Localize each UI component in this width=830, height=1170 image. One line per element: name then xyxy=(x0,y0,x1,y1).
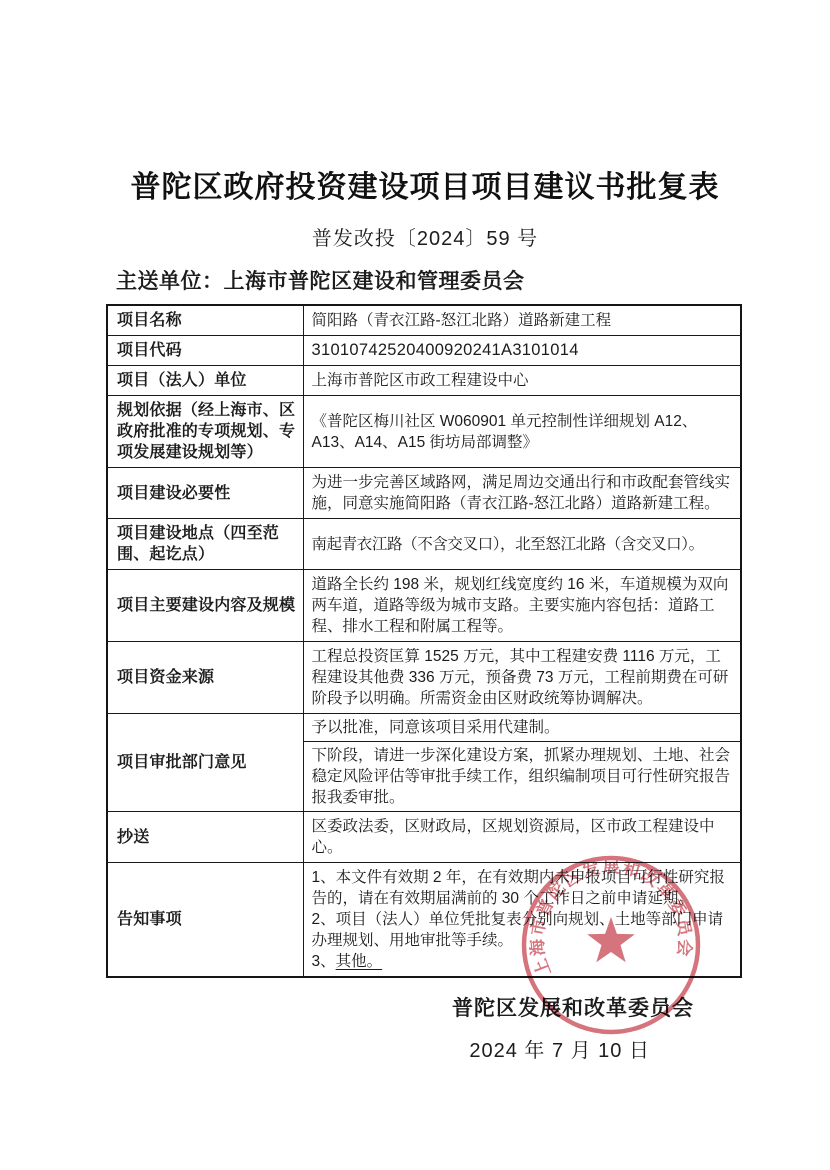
document-title: 普陀区政府投资建设项目项目建议书批复表 xyxy=(106,162,744,206)
row-value: 为进一步完善区域路网，满足周边交通出行和市政配套管线实施，同意实施简阳路（青衣江… xyxy=(303,468,741,519)
table-row-funding: 项目资金来源 工程总投资匡算 1525 万元，其中工程建安费 1116 万元，工… xyxy=(107,642,741,714)
notice-item-2: 2、项目（法人）单位凭批复表分别向规划、土地等部门申请办理规划、用地审批等手续。 xyxy=(312,909,733,951)
notice-item-3: 3、其他。 xyxy=(312,951,733,972)
notice-item-3-underlined: 其他。 xyxy=(336,953,383,970)
row-label: 项目资金来源 xyxy=(107,642,303,714)
recipient-label: 主送单位： xyxy=(116,270,224,293)
document-page: 普陀区政府投资建设项目项目建议书批复表 普发改投〔2024〕59 号 主送单位：… xyxy=(0,0,830,1170)
issue-date: 2024 年 7 月 10 日 xyxy=(106,1034,744,1063)
table-row-project-name: 项目名称 简阳路（青衣江路-怒江北路）道路新建工程 xyxy=(107,305,741,336)
row-label: 抄送 xyxy=(107,812,303,863)
row-label: 项目建设必要性 xyxy=(107,468,303,519)
table-row-planning-basis: 规划依据（经上海市、区政府批准的专项规划、专项发展建设规划等） 《普陀区梅川社区… xyxy=(107,396,741,468)
table-row-legal-unit: 项目（法人）单位 上海市普陀区市政工程建设中心 xyxy=(107,366,741,396)
document-number: 普发改投〔2024〕59 号 xyxy=(106,222,744,251)
opinion-part-1: 予以批准，同意该项目采用代建制。 xyxy=(304,714,741,742)
row-value: 31010742520400920241A3101014 xyxy=(303,336,741,366)
recipient-line: 主送单位：上海市普陀区建设和管理委员会 xyxy=(106,265,744,295)
row-label: 规划依据（经上海市、区政府批准的专项规划、专项发展建设规划等） xyxy=(107,396,303,468)
row-value: 上海市普陀区市政工程建设中心 xyxy=(303,366,741,396)
row-label: 项目审批部门意见 xyxy=(107,714,303,812)
row-label: 项目名称 xyxy=(107,305,303,336)
row-value: 简阳路（青衣江路-怒江北路）道路新建工程 xyxy=(303,305,741,336)
row-value: 南起青衣江路（不含交叉口），北至怒江北路（含交叉口）。 xyxy=(303,519,741,570)
row-label: 项目建设地点（四至范围、起讫点） xyxy=(107,519,303,570)
row-value: 道路全长约 198 米，规划红线宽度约 16 米，车道规模为双向两车道，道路等级… xyxy=(303,570,741,642)
row-label: 项目主要建设内容及规模 xyxy=(107,570,303,642)
row-label: 项目（法人）单位 xyxy=(107,366,303,396)
row-value: 工程总投资匡算 1525 万元，其中工程建安费 1116 万元，工程建设其他费 … xyxy=(303,642,741,714)
row-value: 区委政法委，区财政局，区规划资源局，区市政工程建设中心。 xyxy=(303,812,741,863)
approval-table: 项目名称 简阳路（青衣江路-怒江北路）道路新建工程 项目代码 310107425… xyxy=(106,304,742,978)
table-row-location: 项目建设地点（四至范围、起讫点） 南起青衣江路（不含交叉口），北至怒江北路（含交… xyxy=(107,519,741,570)
row-value: 《普陀区梅川社区 W060901 单元控制性详细规划 A12、A13、A14、A… xyxy=(303,396,741,468)
table-row-necessity: 项目建设必要性 为进一步完善区域路网，满足周边交通出行和市政配套管线实施，同意实… xyxy=(107,468,741,519)
table-row-scale: 项目主要建设内容及规模 道路全长约 198 米，规划红线宽度约 16 米，车道规… xyxy=(107,570,741,642)
table-row-notices: 告知事项 1、本文件有效期 2 年，在有效期内未申报项目可行性研究报告的，请在有… xyxy=(107,863,741,978)
notice-item-3-prefix: 3、 xyxy=(312,953,336,970)
row-label: 告知事项 xyxy=(107,863,303,978)
document-content: 普陀区政府投资建设项目项目建议书批复表 普发改投〔2024〕59 号 主送单位：… xyxy=(106,0,744,1063)
table-row-copy-to: 抄送 区委政法委，区财政局，区规划资源局，区市政工程建设中心。 xyxy=(107,812,741,863)
issuer-name: 普陀区发展和改革委员会 xyxy=(106,992,744,1022)
table-row-project-code: 项目代码 31010742520400920241A3101014 xyxy=(107,336,741,366)
row-value: 1、本文件有效期 2 年，在有效期内未申报项目可行性研究报告的，请在有效期届满前… xyxy=(303,863,741,978)
recipient-value: 上海市普陀区建设和管理委员会 xyxy=(224,270,525,293)
row-label: 项目代码 xyxy=(107,336,303,366)
opinion-part-2: 下阶段，请进一步深化建设方案，抓紧办理规划、土地、社会稳定风险评估等审批手续工作… xyxy=(304,742,741,811)
notice-item-1: 1、本文件有效期 2 年，在有效期内未申报项目可行性研究报告的，请在有效期届满前… xyxy=(312,867,733,909)
row-value: 予以批准，同意该项目采用代建制。 下阶段，请进一步深化建设方案，抓紧办理规划、土… xyxy=(303,714,741,812)
table-row-approval-opinion: 项目审批部门意见 予以批准，同意该项目采用代建制。 下阶段，请进一步深化建设方案… xyxy=(107,714,741,812)
